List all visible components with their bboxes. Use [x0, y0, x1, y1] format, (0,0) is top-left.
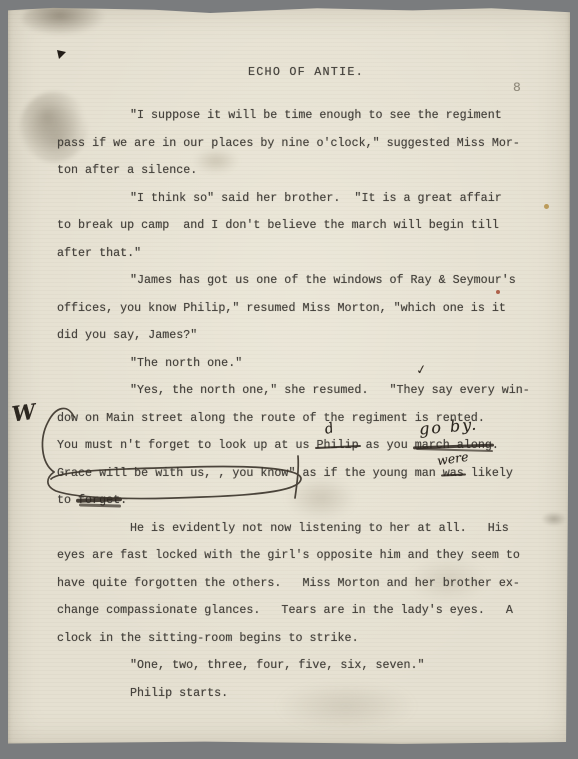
scanned-manuscript-scene: ECHO OF ANTIE. 8 "I suppose it will be t… — [0, 0, 578, 759]
typed-text: Philip starts. — [130, 686, 228, 700]
typescript-line: Grace will be with us, , you know" as if… — [57, 460, 569, 488]
typed-text: to break up camp and I don't believe the… — [57, 218, 499, 232]
typescript-line: change compassionate glances. Tears are … — [57, 597, 569, 625]
document-title: ECHO OF ANTIE. — [248, 65, 364, 79]
typescript-line: "The north one." — [57, 350, 569, 378]
typed-text: likely — [464, 466, 513, 480]
typed-text: You must n't forget to look up at us — [57, 438, 317, 452]
handwritten-insertion: go by. — [418, 410, 479, 443]
typescript-line: He is evidently not now listening to her… — [57, 515, 569, 543]
typed-text: to — [57, 493, 78, 507]
typescript-line: to forget. — [57, 487, 569, 515]
typed-text: "James has got us one of the windows of … — [130, 273, 516, 287]
typescript-line: have quite forgotten the others. Miss Mo… — [57, 570, 569, 598]
typescript-line: offices, you know Philip," resumed Miss … — [57, 295, 569, 323]
handwritten-insertion: were — [435, 442, 470, 474]
typed-text: change compassionate glances. Tears are … — [57, 603, 513, 617]
typescript-line: Philip starts. — [57, 680, 569, 708]
struck-text: waswere — [443, 460, 464, 488]
typed-text: He is evidently not now listening to her… — [130, 521, 509, 535]
typescript-line: "One, two, three, four, five, six, seven… — [57, 652, 569, 680]
typescript-line: pass if we are in our places by nine o'c… — [57, 130, 569, 158]
typescript-line: "Yes, the north one," she resumed. "They… — [57, 377, 569, 405]
typescript-line: clock in the sitting-room begins to stri… — [57, 625, 569, 653]
typescript-line: "I think so" said her brother. "It is a … — [57, 185, 569, 213]
typescript-line: dow on Main street along the route of th… — [57, 405, 569, 433]
typed-text: did you say, James?" — [57, 328, 197, 342]
handwritten-margin-letter: W — [10, 398, 37, 426]
paper-stain — [22, 2, 106, 36]
typescript-lines: "I suppose it will be time enough to see… — [57, 102, 569, 707]
typed-text: pass if we are in our places by nine o'c… — [57, 136, 520, 150]
typescript-line: after that." — [57, 240, 569, 268]
page-number: 8 — [513, 80, 521, 95]
typescript-line: eyes are fast locked with the girl's opp… — [57, 542, 569, 570]
typed-text: after that." — [57, 246, 141, 260]
typed-text: have quite forgotten the others. Miss Mo… — [57, 576, 520, 590]
typed-text: clock in the sitting-room begins to stri… — [57, 631, 359, 645]
struck-text: Philipd — [317, 432, 359, 460]
typed-text: as you — [359, 438, 415, 452]
struck-text: forget — [78, 487, 120, 515]
typed-text: "One, two, three, four, five, six, seven… — [130, 658, 425, 672]
typescript-line: "James has got us one of the windows of … — [57, 267, 569, 295]
typed-text: eyes are fast locked with the girl's opp… — [57, 548, 520, 562]
typescript-line: "I suppose it will be time enough to see… — [57, 102, 569, 130]
ink-blot — [57, 50, 66, 59]
manuscript-page: ECHO OF ANTIE. 8 "I suppose it will be t… — [8, 6, 570, 745]
handwritten-check-icon: ✓ — [415, 362, 428, 379]
typescript-line: did you say, James?" — [57, 322, 569, 350]
typed-text: "The north one." — [130, 356, 242, 370]
typescript-line: You must n't forget to look up at us Phi… — [57, 432, 569, 460]
typed-text: Grace will be with us, , you know" as if… — [57, 466, 443, 480]
typed-text: offices, you know Philip," resumed Miss … — [57, 301, 506, 315]
typed-text: ton after a silence. — [57, 163, 197, 177]
typescript-line: to break up camp and I don't believe the… — [57, 212, 569, 240]
typescript-line: ton after a silence. — [57, 157, 569, 185]
typed-text: "I think so" said her brother. "It is a … — [130, 191, 502, 205]
typed-text: "Yes, the north one," she resumed. "They… — [130, 383, 530, 397]
typed-text: "I suppose it will be time enough to see… — [130, 108, 502, 122]
